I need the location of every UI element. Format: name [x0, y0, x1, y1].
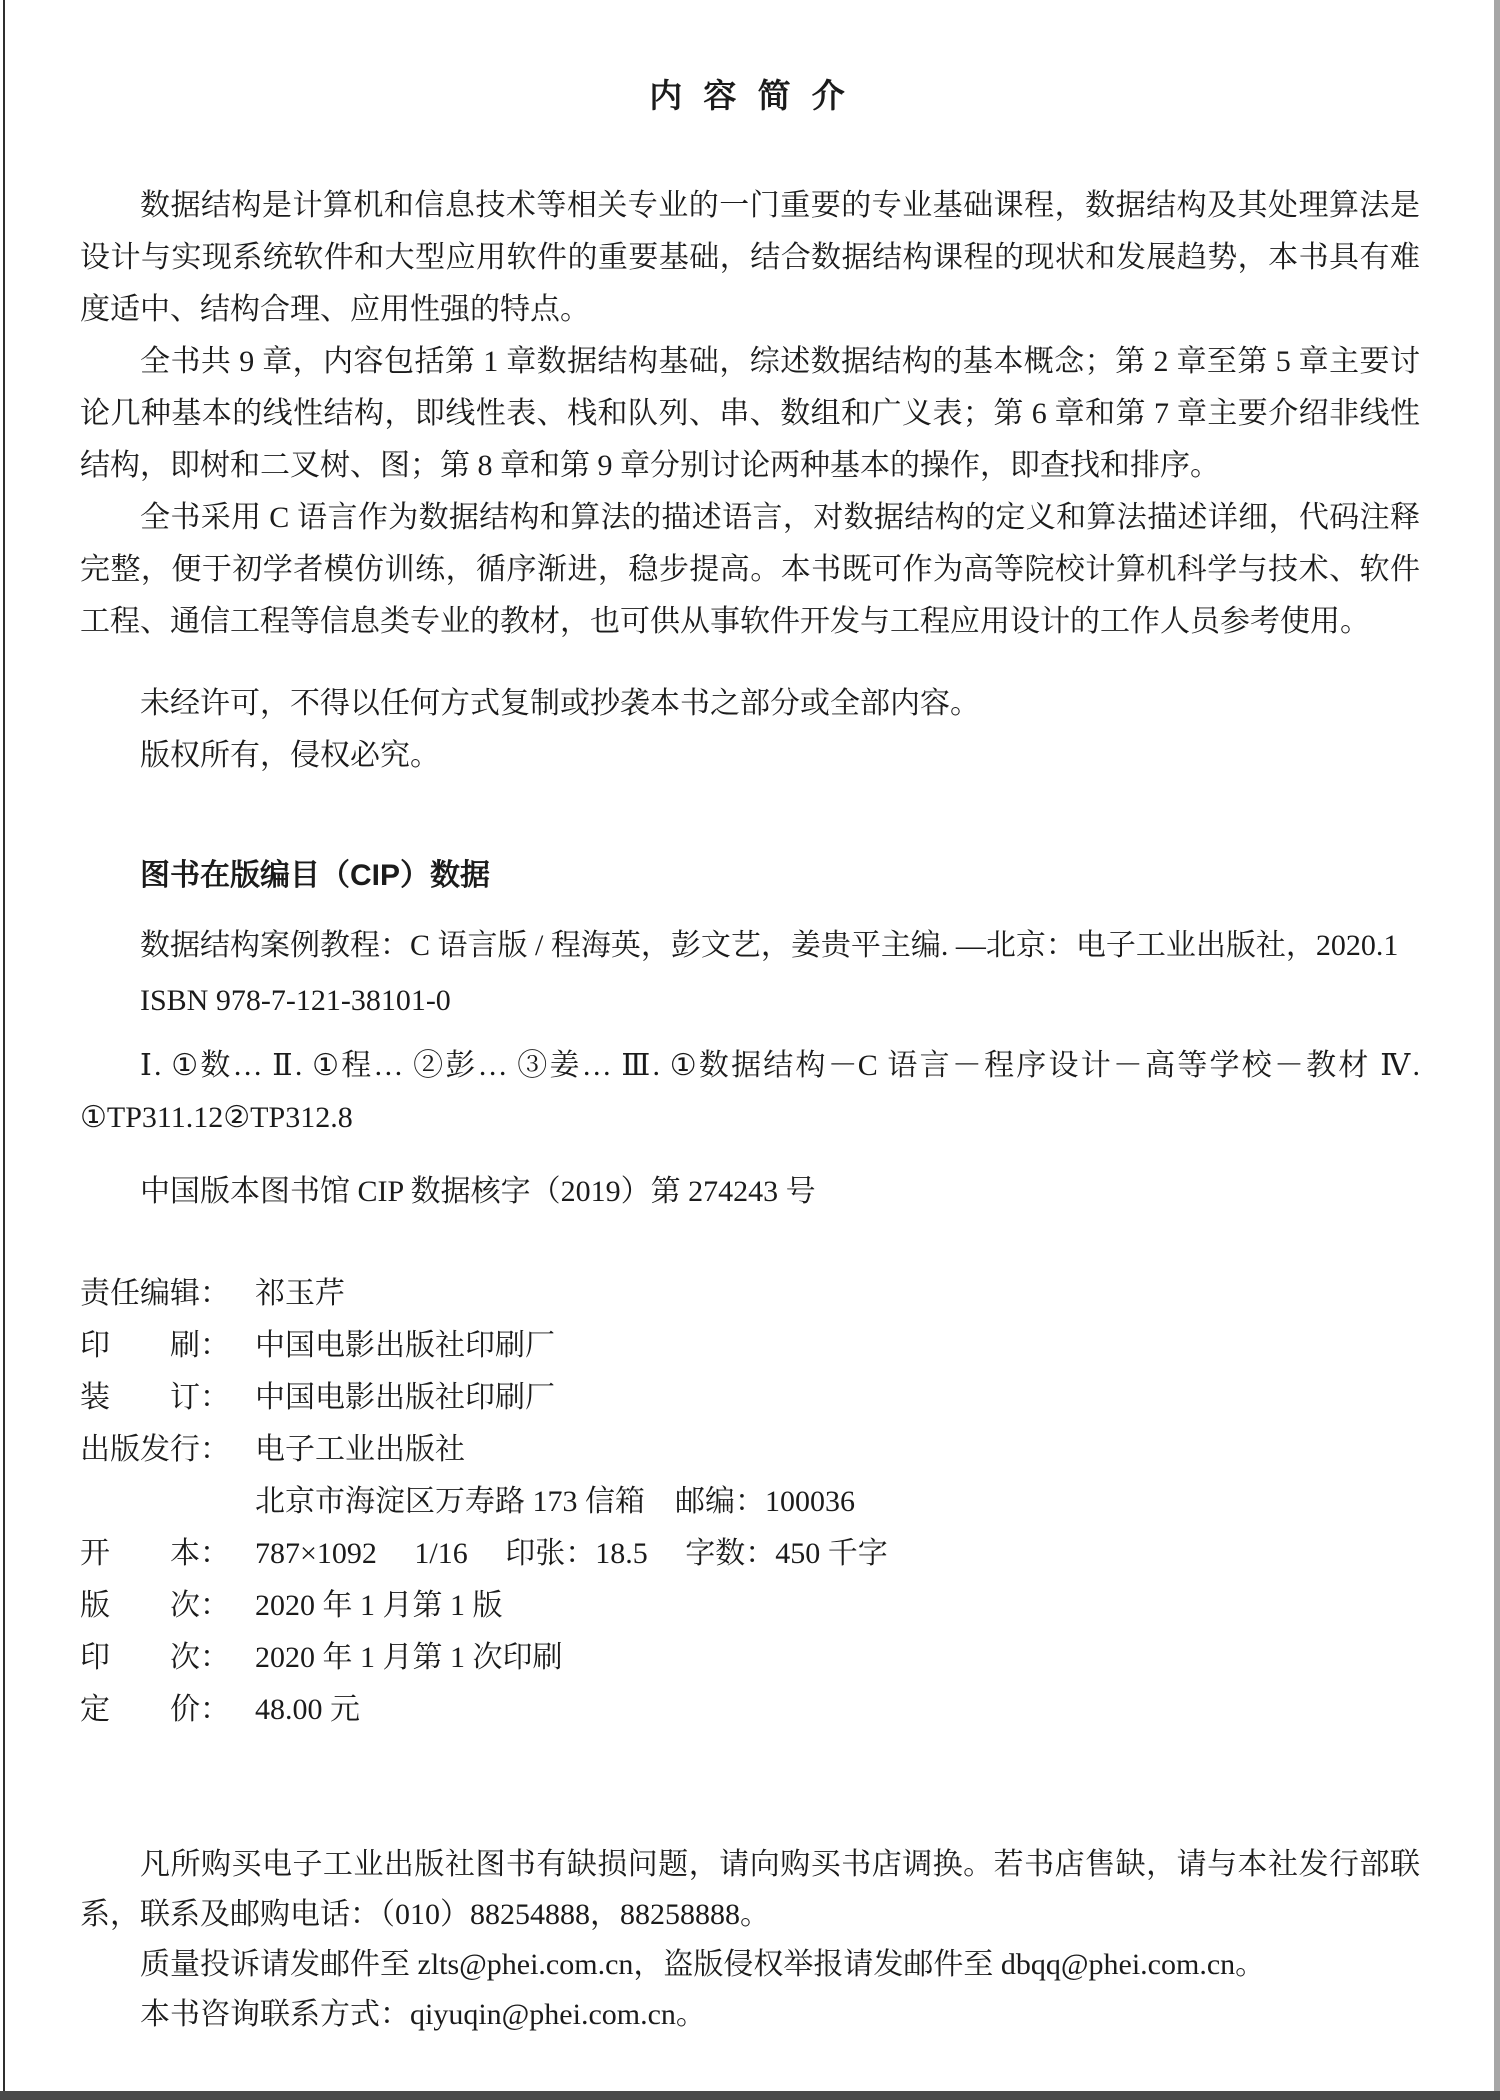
- colophon-value: 电子工业出版社: [255, 1433, 465, 1466]
- scan-border-bottom: [0, 2091, 1500, 2100]
- cip-heading: 图书在版编目（CIP）数据: [80, 850, 1420, 902]
- colophon-row: 责任编辑：祁玉芹: [80, 1268, 1420, 1320]
- book-copyright-page: 内 容 简 介 数据结构是计算机和信息技术等相关专业的一门重要的专业基础课程，数…: [0, 0, 1500, 2100]
- service-notes: 凡所购买电子工业出版社图书有缺损问题，请向购买书店调换。若书店售缺，请与本社发行…: [80, 1840, 1420, 2040]
- service-note: 凡所购买电子工业出版社图书有缺损问题，请向购买书店调换。若书店售缺，请与本社发行…: [80, 1840, 1420, 1940]
- colophon-row: 定 价：48.00 元: [80, 1684, 1420, 1736]
- colophon-label: 印 次：: [80, 1632, 245, 1684]
- intro-section: 数据结构是计算机和信息技术等相关专业的一门重要的专业基础课程，数据结构及其处理算…: [80, 180, 1420, 648]
- cip-classification-block: Ⅰ. ①数… Ⅱ. ①程… ②彭… ③姜… Ⅲ. ①数据结构－C 语言－程序设计…: [80, 1040, 1420, 1144]
- colophon-row: 开 本：787×1092 1/16 印张：18.5 字数：450 千字: [80, 1528, 1420, 1580]
- colophon-value: 2020 年 1 月第 1 版: [255, 1589, 503, 1622]
- scan-border-left: [3, 0, 5, 2100]
- colophon-row: 印 刷：中国电影出版社印刷厂: [80, 1320, 1420, 1372]
- colophon-label: 出版发行：: [80, 1424, 245, 1476]
- colophon-row: 出版发行：电子工业出版社: [80, 1424, 1420, 1476]
- colophon-row: 印 次：2020 年 1 月第 1 次印刷: [80, 1632, 1420, 1684]
- service-note: 本书咨询联系方式：qiyuqin@phei.com.cn。: [80, 1990, 1420, 2040]
- cip-classification: Ⅰ. ①数… Ⅱ. ①程… ②彭… ③姜… Ⅲ. ①数据结构－C 语言－程序设计…: [80, 1040, 1420, 1144]
- colophon-label: 装 订：: [80, 1372, 245, 1424]
- colophon: 责任编辑：祁玉芹 印 刷：中国电影出版社印刷厂 装 订：中国电影出版社印刷厂 出…: [80, 1268, 1420, 1736]
- page-title: 内 容 简 介: [80, 70, 1420, 117]
- copyright-notice: 未经许可，不得以任何方式复制或抄袭本书之部分或全部内容。 版权所有，侵权必究。: [80, 678, 1420, 782]
- cip-record-block: 中国版本图书馆 CIP 数据核字（2019）第 274243 号: [80, 1166, 1420, 1218]
- colophon-row: 版 次：2020 年 1 月第 1 版: [80, 1580, 1420, 1632]
- colophon-value: 中国电影出版社印刷厂: [255, 1329, 555, 1362]
- cip-record-number: 中国版本图书馆 CIP 数据核字（2019）第 274243 号: [80, 1166, 1420, 1218]
- colophon-label: 印 刷：: [80, 1320, 245, 1372]
- scan-border-right: [1494, 0, 1500, 2100]
- colophon-label: 版 次：: [80, 1580, 245, 1632]
- colophon-label: 定 价：: [80, 1684, 245, 1736]
- colophon-value: 祁玉芹: [255, 1277, 345, 1310]
- copyright-line: 未经许可，不得以任何方式复制或抄袭本书之部分或全部内容。: [80, 678, 1420, 730]
- intro-paragraph: 全书共 9 章，内容包括第 1 章数据结构基础，综述数据结构的基本概念；第 2 …: [80, 336, 1420, 492]
- colophon-value: 787×1092 1/16 印张：18.5 字数：450 千字: [255, 1537, 888, 1570]
- intro-paragraph: 数据结构是计算机和信息技术等相关专业的一门重要的专业基础课程，数据结构及其处理算…: [80, 180, 1420, 336]
- colophon-value: 2020 年 1 月第 1 次印刷: [255, 1641, 563, 1674]
- colophon-row: 装 订：中国电影出版社印刷厂: [80, 1372, 1420, 1424]
- cip-body: 数据结构案例教程：C 语言版 / 程海英，彭文艺，姜贵平主编. —北京：电子工业…: [80, 918, 1420, 1028]
- copyright-line: 版权所有，侵权必究。: [80, 730, 1420, 782]
- colophon-row: 北京市海淀区万寿路 173 信箱 邮编：100036: [80, 1476, 1420, 1528]
- intro-paragraph: 全书采用 C 语言作为数据结构和算法的描述语言，对数据结构的定义和算法描述详细，…: [80, 492, 1420, 648]
- colophon-value: 中国电影出版社印刷厂: [255, 1381, 555, 1414]
- colophon-value: 48.00 元: [255, 1693, 360, 1726]
- cip-isbn: ISBN 978-7-121-38101-0: [80, 973, 1420, 1028]
- colophon-label: 开 本：: [80, 1528, 245, 1580]
- service-note: 质量投诉请发邮件至 zlts@phei.com.cn，盗版侵权举报请发邮件至 d…: [80, 1940, 1420, 1990]
- cip-description: 数据结构案例教程：C 语言版 / 程海英，彭文艺，姜贵平主编. —北京：电子工业…: [80, 918, 1420, 973]
- colophon-label: 责任编辑：: [80, 1268, 245, 1320]
- colophon-value: 北京市海淀区万寿路 173 信箱 邮编：100036: [255, 1485, 855, 1518]
